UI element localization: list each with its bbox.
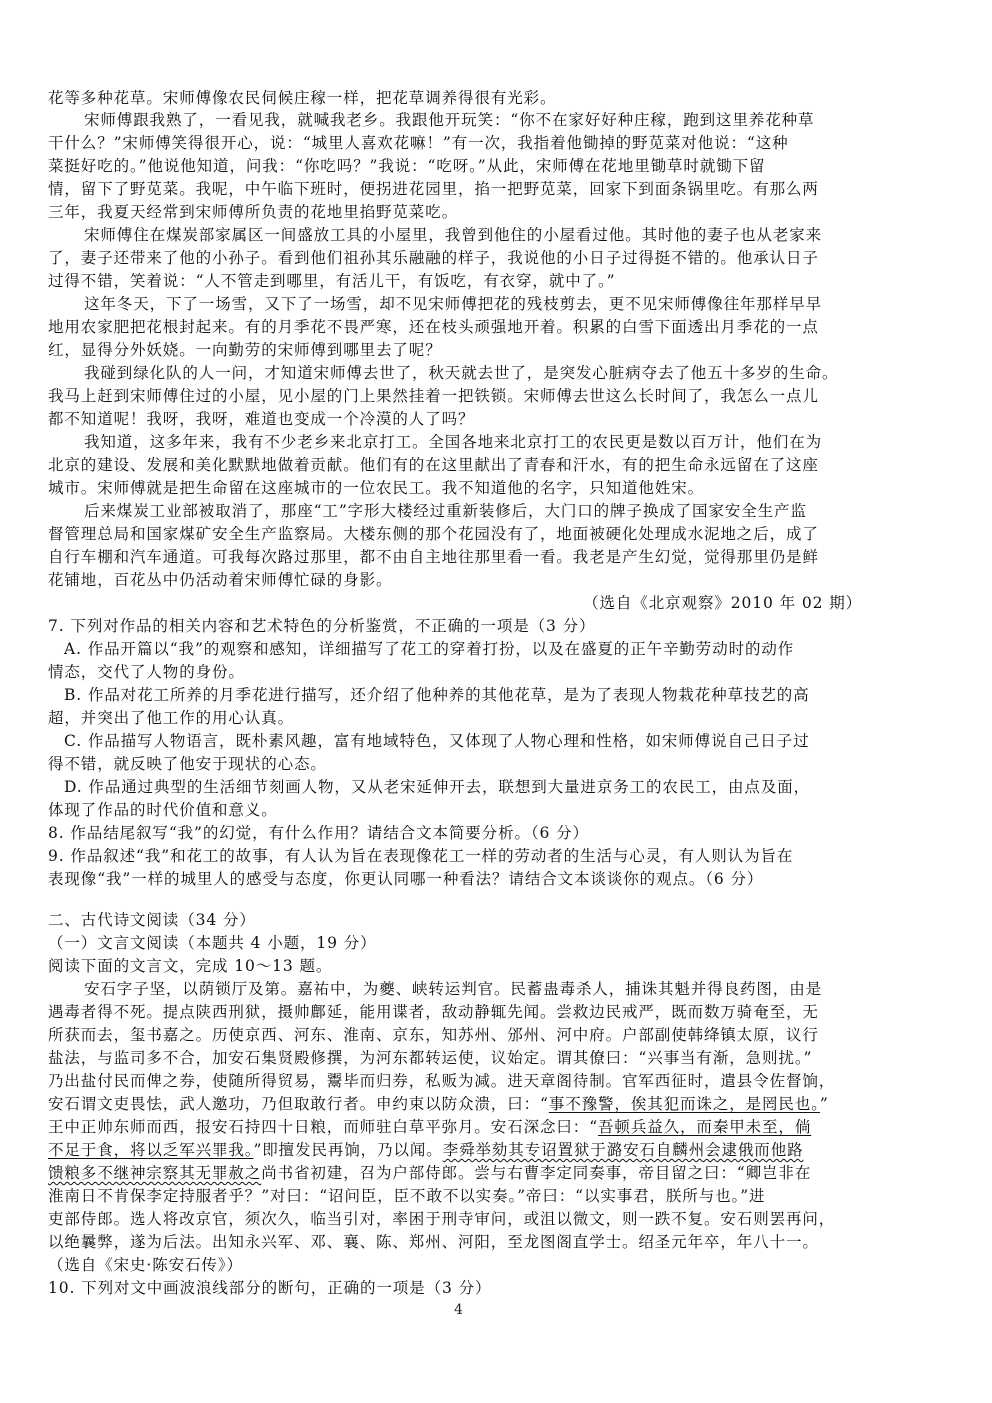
story-line: 干什么？”宋师傅笑得很开心，说：“城里人喜欢花嘛！”有一次，我指着他锄掉的野苋菜… [48,133,789,153]
passage-text: 尚书省初建，召为户部侍郎。尝与右曹李定同奏事，帝目留之曰：“卿岂非在 [261,1164,811,1182]
story-line: 三年，我夏天经常到宋师傅所负责的花地里掐野苋菜吃。 [48,202,458,222]
classical-passage-line: 吏部侍郎。选人将改京官，须次久，临当引对，率困于刑寺审问，或沮以微文，则一跌不复… [48,1209,835,1229]
story-line: 花等多种花草。宋师傅像农民伺候庄稼一样，把花草调养得很有光彩。 [48,88,556,108]
classical-passage-line: 安石字子坚，以荫锁厅及第。嘉祐中，为夔、峡转运判官。民蓄蛊毒杀人，捕诛其魁并得良… [84,979,822,999]
story-line: 了，妻子还带来了他的小孙子。看到他们祖孙其乐融融的样子，我说他的小日子过得挺不错… [48,248,819,268]
underlined-sentence: 事不豫警，俟其犯而诛之，是罔民也。 [549,1095,820,1113]
story-paragraph: 宋师傅住在煤炭部家属区一间盛放工具的小屋里，我曾到他住的小屋看过他。其时他的妻子… [84,225,822,245]
classical-passage-line: 盐法，与监司多不合，加安石集贤殿修撰，为河东都转运使，议始定。谓其僚曰：“兴事当… [48,1048,812,1068]
story-line: 北京的建设、发展和美化默默地做着贡献。他们有的在这里献出了青春和汗水，有的把生命… [48,455,819,475]
passage-text: ”即擅发民再饷，乃以闻。 [253,1141,442,1159]
story-paragraph: 我知道，这多年来，我有不少老乡来北京打工。全国各地来北京打工的农民更是数以百万计… [84,432,822,452]
passage-text: 王中正帅东师而西，报安石持四十日粮，而师驻白草平弥月。安石深念曰：“ [48,1118,598,1136]
question-10: 10. 下列对文中画波浪线部分的断句，正确的一项是（3 分） [48,1278,491,1298]
story-paragraph: 宋师傅跟我熟了，一看见我，就喊我老乡。我跟他开玩笑：“你不在家好好种庄稼，跑到这… [84,110,814,130]
story-line: 菜挺好吃的。”他说他知道，问我：“你吃吗？”我说：“吃呀。”从此，宋师傅在花地里… [48,156,765,176]
question-7-option-a: A. 作品开篇以“我”的观察和感知，详细描写了花工的穿着打扮，以及在盛夏的正午辛… [64,639,794,659]
classical-passage-line: 王中正帅东师而西，报安石持四十日粮，而师驻白草平弥月。安石深念曰：“吾顿兵益久，… [48,1117,811,1137]
story-line: 红，显得分外妖娆。一向勤劳的宋师傅到哪里去了呢？ [48,340,442,360]
story-line: 城市。宋师傅就是把生命留在这座城市的一位农民工。我不知道他的名字，只知道他姓宋。 [48,478,704,498]
wavy-underlined-text: 李舜举劾其专诏置狱于潞安石自麟州会逮俄而他路 [443,1141,804,1159]
passage-text: 安石谓文吏畏怯，武人邀功，乃但取敢行者。申约束以防众溃，曰：“ [48,1095,549,1113]
exam-page: 花等多种花草。宋师傅像农民伺候庄稼一样，把花草调养得很有光彩。 宋师傅跟我熟了，… [0,0,992,1403]
story-paragraph: 这年冬天，下了一场雪，又下了一场雪，却不见宋师傅把花的残枝剪去，更不见宋师傅像往… [84,294,822,314]
classical-passage-line: 不足于食，将以乏军兴罪我。”即擅发民再饷，乃以闻。李舜举劾其专诏置狱于潞安石自麟… [48,1140,804,1160]
question-7-stem: 7. 下列对作品的相关内容和艺术特色的分析鉴赏，不正确的一项是（3 分） [48,616,595,636]
question-7-option-c-cont: 得不错，就反映了他安于现状的心态。 [48,754,327,774]
classical-passage-line: 所获而去，玺书嘉之。历使京西、河东、淮南、京东，知苏州、邠州、河中府。户部副使韩… [48,1025,819,1045]
underlined-sentence: 不足于食，将以乏军兴罪我。 [48,1141,253,1159]
wavy-underlined-text: 馈粮多不继神宗察其无罪赦之 [48,1164,261,1182]
question-9-cont: 表现像“我”一样的城里人的感受与态度，你更认同哪一种看法？请结合文本谈谈你的观点… [48,869,763,889]
section-2-instruction: 阅读下面的文言文，完成 10～13 题。 [48,956,332,976]
question-7-option-c: C. 作品描写人物语言，既朴素风趣，富有地域特色，又体现了人物心理和性格，如宋师… [64,731,809,751]
question-7-option-b-cont: 超，并突出了他工作的用心认真。 [48,708,294,728]
story-line: 过得不错，笑着说：“人不管走到哪里，有活儿干，有饭吃，有衣穿，就中了。” [48,271,616,291]
question-7-option-a-cont: 情态，交代了人物的身份。 [48,662,245,682]
story-line: 情，留下了野苋菜。我呢，中午临下班时，便拐进花园里，掐一把野苋菜，回家下到面条锅… [48,179,819,199]
underlined-sentence: 吾顿兵益久，而秦甲未至，倘 [598,1118,811,1136]
story-line: 都不知道呢！我呀，我呀，难道也变成一个冷漠的人了吗？ [48,409,474,429]
classical-passage-line: 乃出盐付民而俾之券，使随所得贸易，鬻毕而归券，私贩为减。进天章阁待制。官军西征时… [48,1071,835,1091]
story-line: 地用农家肥把花根封起来。有的月季花不畏严寒，还在枝头顽强地开着。积累的白雪下面透… [48,317,819,337]
classical-passage-line: 安石谓文吏畏怯，武人邀功，乃但取敢行者。申约束以防众溃，曰：“事不豫警，俟其犯而… [48,1094,829,1114]
story-line: 自行车棚和汽车通道。可我每次路过那里，都不由自主地往那里看一看。我老是产生幻觉，… [48,547,819,567]
classical-passage-source: （选自《宋史·陈安石传》） [48,1255,243,1275]
story-line: 我马上赶到宋师傅住过的小屋，见小屋的门上果然挂着一把铁锁。宋师傅去世这么长时间了… [48,386,819,406]
question-9: 9. 作品叙述“我”和花工的故事，有人认为旨在表现像花工一样的劳动者的生活与心灵… [48,846,793,866]
classical-passage-line: 遇毒者得不死。提点陕西刑狱，摄帅鄜延，能用谍者，敌动静辄先闻。尝救边民戒严，既而… [48,1002,819,1022]
story-source: （选自《北京观察》2010 年 02 期） [583,593,862,613]
page-number: 4 [454,1302,463,1318]
question-7-option-b: B. 作品对花工所养的月季花进行描写，还介绍了他种养的其他花草，是为了表现人物栽… [64,685,810,705]
story-line: 花铺地，百花丛中仍活动着宋师傅忙碌的身影。 [48,570,392,590]
section-2-title: 二、古代诗文阅读（34 分） [48,910,256,930]
question-7-option-d: D. 作品通过典型的生活细节刻画人物，又从老宋延伸开去，联想到大量进京务工的农民… [64,777,810,797]
classical-passage-line: 馈粮多不继神宗察其无罪赦之尚书省初建，召为户部侍郎。尝与右曹李定同奏事，帝目留之… [48,1163,811,1183]
story-paragraph: 后来煤炭工业部被取消了，那座“工”字形大楼经过重新装修后，大门口的牌子换成了国家… [84,501,807,521]
passage-text: ” [820,1095,829,1113]
story-paragraph: 我碰到绿化队的人一问，才知道宋师傅去世了，秋天就去世了，是突发心脏病夺去了他五十… [84,363,838,383]
classical-passage-line: 淮南日不肯保李定持服者乎？”对曰：“诏问臣，臣不敢不以实奏。”帝曰：“以实事君，… [48,1186,765,1206]
section-2-subtitle: （一）文言文阅读（本题共 4 小题，19 分） [48,933,377,953]
classical-passage-line: 以绝曩弊，遂为后法。出知永兴军、邓、襄、陈、郑州、河阳，至龙图阁直学士。绍圣元年… [48,1232,819,1252]
question-8: 8. 作品结尾叙写“我”的幻觉，有什么作用？请结合文本简要分析。（6 分） [48,823,589,843]
question-7-option-d-cont: 体现了作品的时代价值和意义。 [48,800,278,820]
story-line: 督管理总局和国家煤矿安全生产监察局。大楼东侧的那个花园没有了，地面被硬化处理成水… [48,524,819,544]
